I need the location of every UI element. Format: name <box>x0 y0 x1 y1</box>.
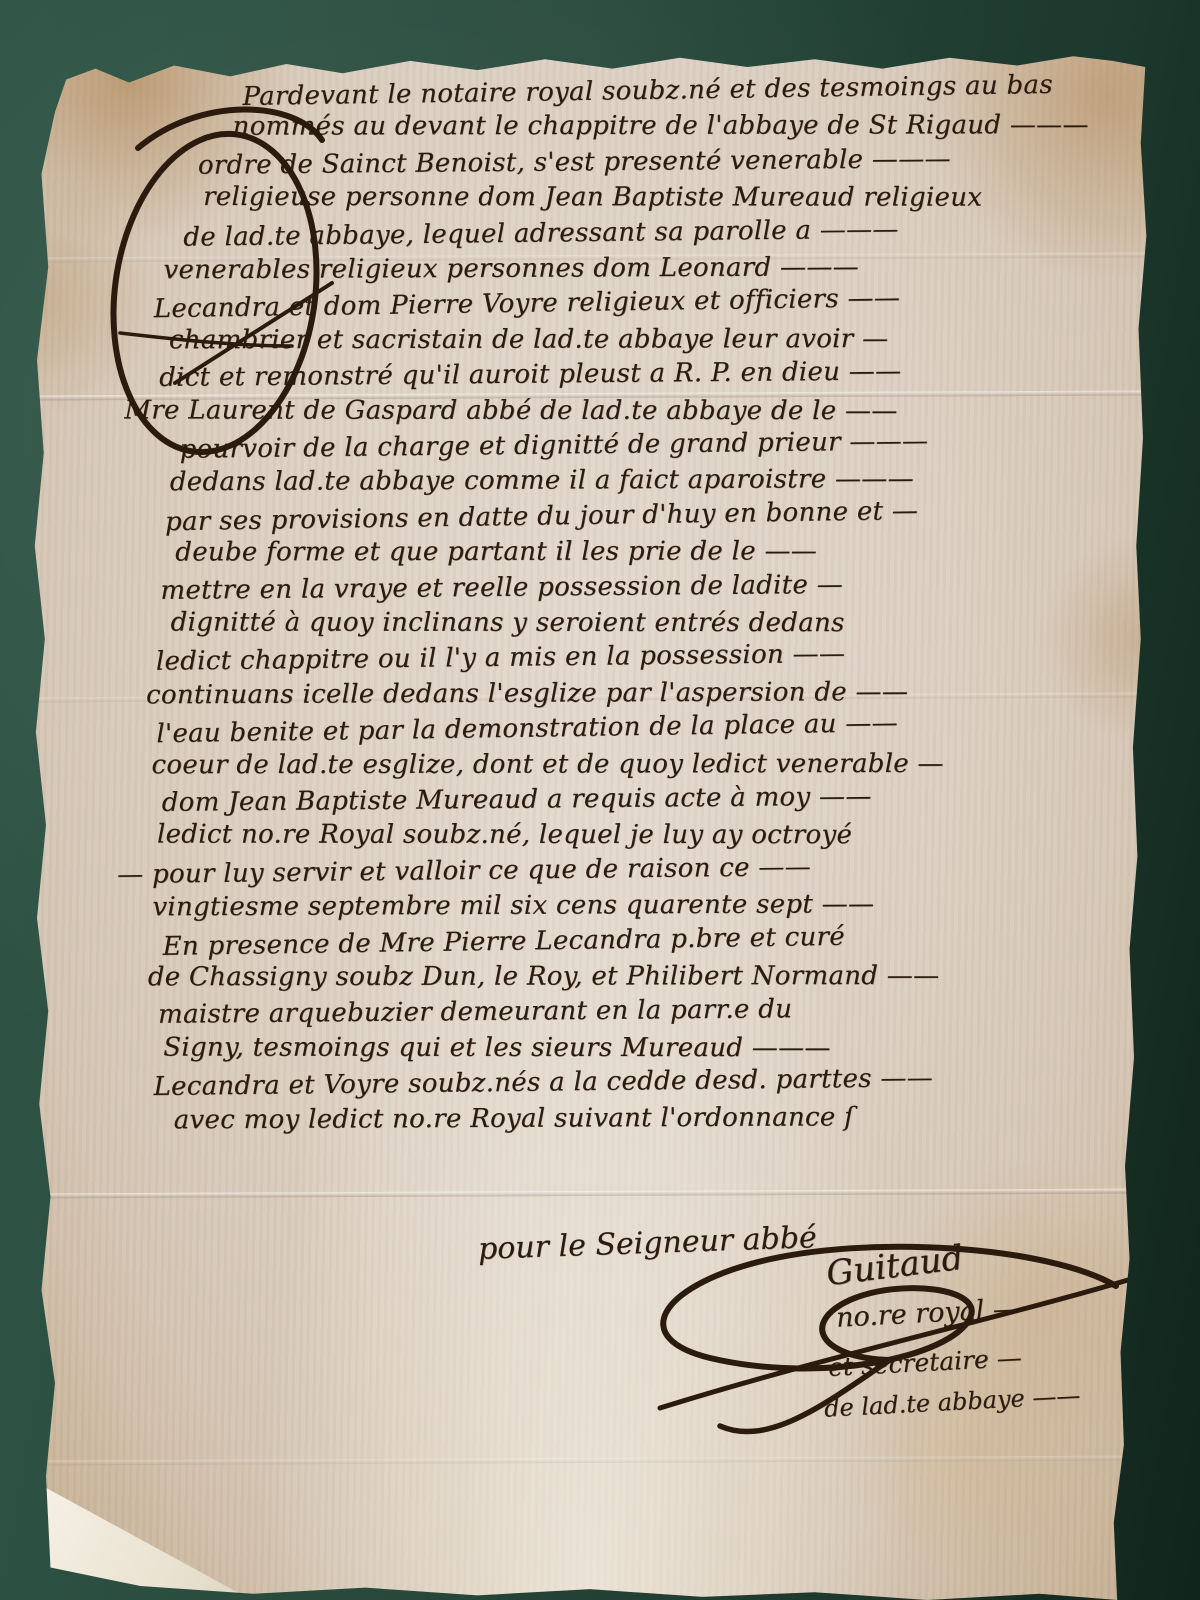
manuscript-line: ledict no.re Royal soubz.né, lequel je l… <box>157 820 852 851</box>
manuscript-line: chambrier et sacristain de lad.te abbaye… <box>169 324 888 355</box>
manuscript-text-block: Pardevant le notaire royal soubz.né et d… <box>142 73 1139 1279</box>
manuscript-line: deube forme et que partant il les prie d… <box>175 536 817 567</box>
manuscript-line: Lecandra et dom Pierre Voyre religieux e… <box>154 283 901 324</box>
manuscript-line: En presence de Mre Pierre Lecandra p.bre… <box>162 922 845 962</box>
manuscript-line: coeur de lad.te esglize, dont et de quoy… <box>152 749 944 780</box>
manuscript-line: Lecandra et Voyre soubz.nés a la cedde d… <box>153 1063 933 1102</box>
manuscript-line: religieuse personne dom Jean Baptiste Mu… <box>203 182 982 213</box>
manuscript-line: venerables religieux personnes dom Leona… <box>163 252 859 285</box>
manuscript-line: par ses provisions en datte du jour d'hu… <box>165 496 919 537</box>
signature-title-abbaye: de lad.te abbaye —— <box>823 1381 1081 1422</box>
manuscript-line: ordre de Sainct Benoist, s'est presenté … <box>198 144 951 181</box>
manuscript-line: Pardevant le notaire royal soubz.né et d… <box>242 70 1053 112</box>
manuscript-line: de lad.te abbaye, lequel adressant sa pa… <box>183 215 899 253</box>
manuscript-line: l'eau benite et par la demonstration de … <box>156 708 898 749</box>
signature-title-notaire: no.re royal — <box>835 1293 1020 1334</box>
manuscript-line: de Chassigny soubz Dun, le Roy, et Phili… <box>148 961 940 992</box>
manuscript-line: dict et remonstré qu'il auroit pleust a … <box>159 356 901 392</box>
photo-backdrop: Pardevant le notaire royal soubz.né et d… <box>0 0 1200 1600</box>
manuscript-line: dedans lad.te abbaye comme il a faict ap… <box>170 464 914 497</box>
dog-ear-corner-fold <box>28 1466 266 1600</box>
manuscript-line: vingtiesme septembre mil six cens quaren… <box>152 889 874 922</box>
manuscript-line: — pour luy servir et valloir ce que de r… <box>117 852 811 890</box>
signature-title-secretaire: et secretaire — <box>827 1343 1022 1382</box>
manuscript-line: maistre arquebuzier demeurant en la parr… <box>158 994 792 1030</box>
fold-crease <box>28 1456 1152 1466</box>
manuscript-line: ledict chappitre ou il l'y a mis en la p… <box>156 639 846 677</box>
manuscript-line: dom Jean Baptiste Mureaud a requis acte … <box>162 782 872 818</box>
manuscript-line: mettre en la vraye et reelle possession … <box>160 570 843 606</box>
manuscript-line: nommés au devant le chappitre de l'abbay… <box>233 110 1089 141</box>
manuscript-sheet: Pardevant le notaire royal soubz.né et d… <box>28 50 1152 1600</box>
manuscript-line: avec moy ledict no.re Royal suivant l'or… <box>174 1102 854 1135</box>
manuscript-line: continuans icelle dedans l'esglize par l… <box>146 677 908 710</box>
manuscript-line: pourvoir de la charge et dignitté de gra… <box>179 426 928 464</box>
manuscript-line: Mre Laurent de Gaspard abbé de lad.te ab… <box>124 395 897 426</box>
manuscript-line: Signy, tesmoings qui et les sieurs Murea… <box>163 1033 830 1064</box>
manuscript-line: dignitté à quoy inclinans y seroient ent… <box>171 608 845 639</box>
